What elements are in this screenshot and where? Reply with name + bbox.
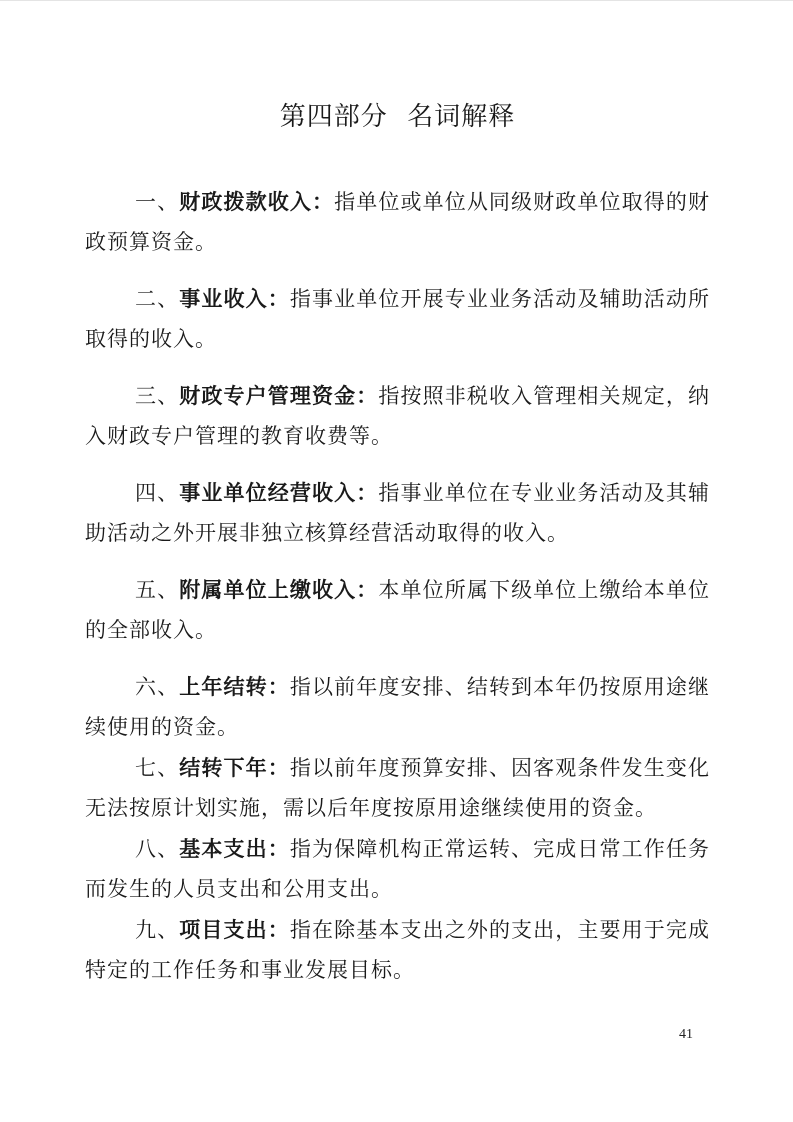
definition-paragraph: 四、事业单位经营收入：指事业单位在专业业务活动及其辅助活动之外开展非独立核算经营… [85, 473, 710, 553]
term-label: 财政专户管理资金： [179, 384, 378, 408]
term-label: 项目支出： [179, 918, 290, 942]
term-label: 事业收入： [179, 287, 290, 311]
term-number: 九、 [135, 918, 179, 942]
term-number: 二、 [135, 287, 179, 311]
definition-paragraph: 二、事业收入：指事业单位开展专业业务活动及辅助活动所取得的收入。 [85, 279, 710, 359]
term-label: 附属单位上缴收入： [179, 578, 378, 602]
term-label: 基本支出： [179, 837, 290, 861]
term-label: 财政拨款收入： [179, 190, 334, 214]
definition-paragraph: 五、附属单位上缴收入：本单位所属下级单位上缴给本单位的全部收入。 [85, 570, 710, 650]
term-label: 事业单位经营收入： [179, 481, 378, 505]
definition-paragraph: 一、财政拨款收入：指单位或单位从同级财政单位取得的财政预算资金。 [85, 182, 710, 262]
definition-paragraph: 八、基本支出：指为保障机构正常运转、完成日常工作任务而发生的人员支出和公用支出。 [85, 829, 710, 909]
term-number: 三、 [135, 384, 179, 408]
term-number: 六、 [135, 675, 179, 699]
term-number: 七、 [135, 756, 179, 780]
term-label: 结转下年： [179, 756, 290, 780]
definition-paragraph: 七、结转下年：指以前年度预算安排、因客观条件发生变化无法按原计划实施，需以后年度… [85, 748, 710, 828]
term-label: 上年结转： [179, 675, 290, 699]
term-number: 一、 [135, 190, 179, 214]
definition-paragraph: 三、财政专户管理资金：指按照非税收入管理相关规定，纳入财政专户管理的教育收费等。 [85, 376, 710, 456]
page-title: 第四部分 名词解释 [85, 99, 710, 135]
definition-paragraph: 九、项目支出：指在除基本支出之外的支出，主要用于完成特定的工作任务和事业发展目标… [85, 910, 710, 990]
document-page: 第四部分 名词解释 一、财政拨款收入：指单位或单位从同级财政单位取得的财政预算资… [0, 0, 793, 1122]
page-number: 41 [679, 1027, 693, 1043]
term-number: 五、 [135, 578, 179, 602]
definition-paragraph: 六、上年结转：指以前年度安排、结转到本年仍按原用途继续使用的资金。 [85, 667, 710, 747]
term-number: 八、 [135, 837, 179, 861]
document-content: 第四部分 名词解释 一、财政拨款收入：指单位或单位从同级财政单位取得的财政预算资… [85, 99, 710, 991]
term-number: 四、 [135, 481, 179, 505]
